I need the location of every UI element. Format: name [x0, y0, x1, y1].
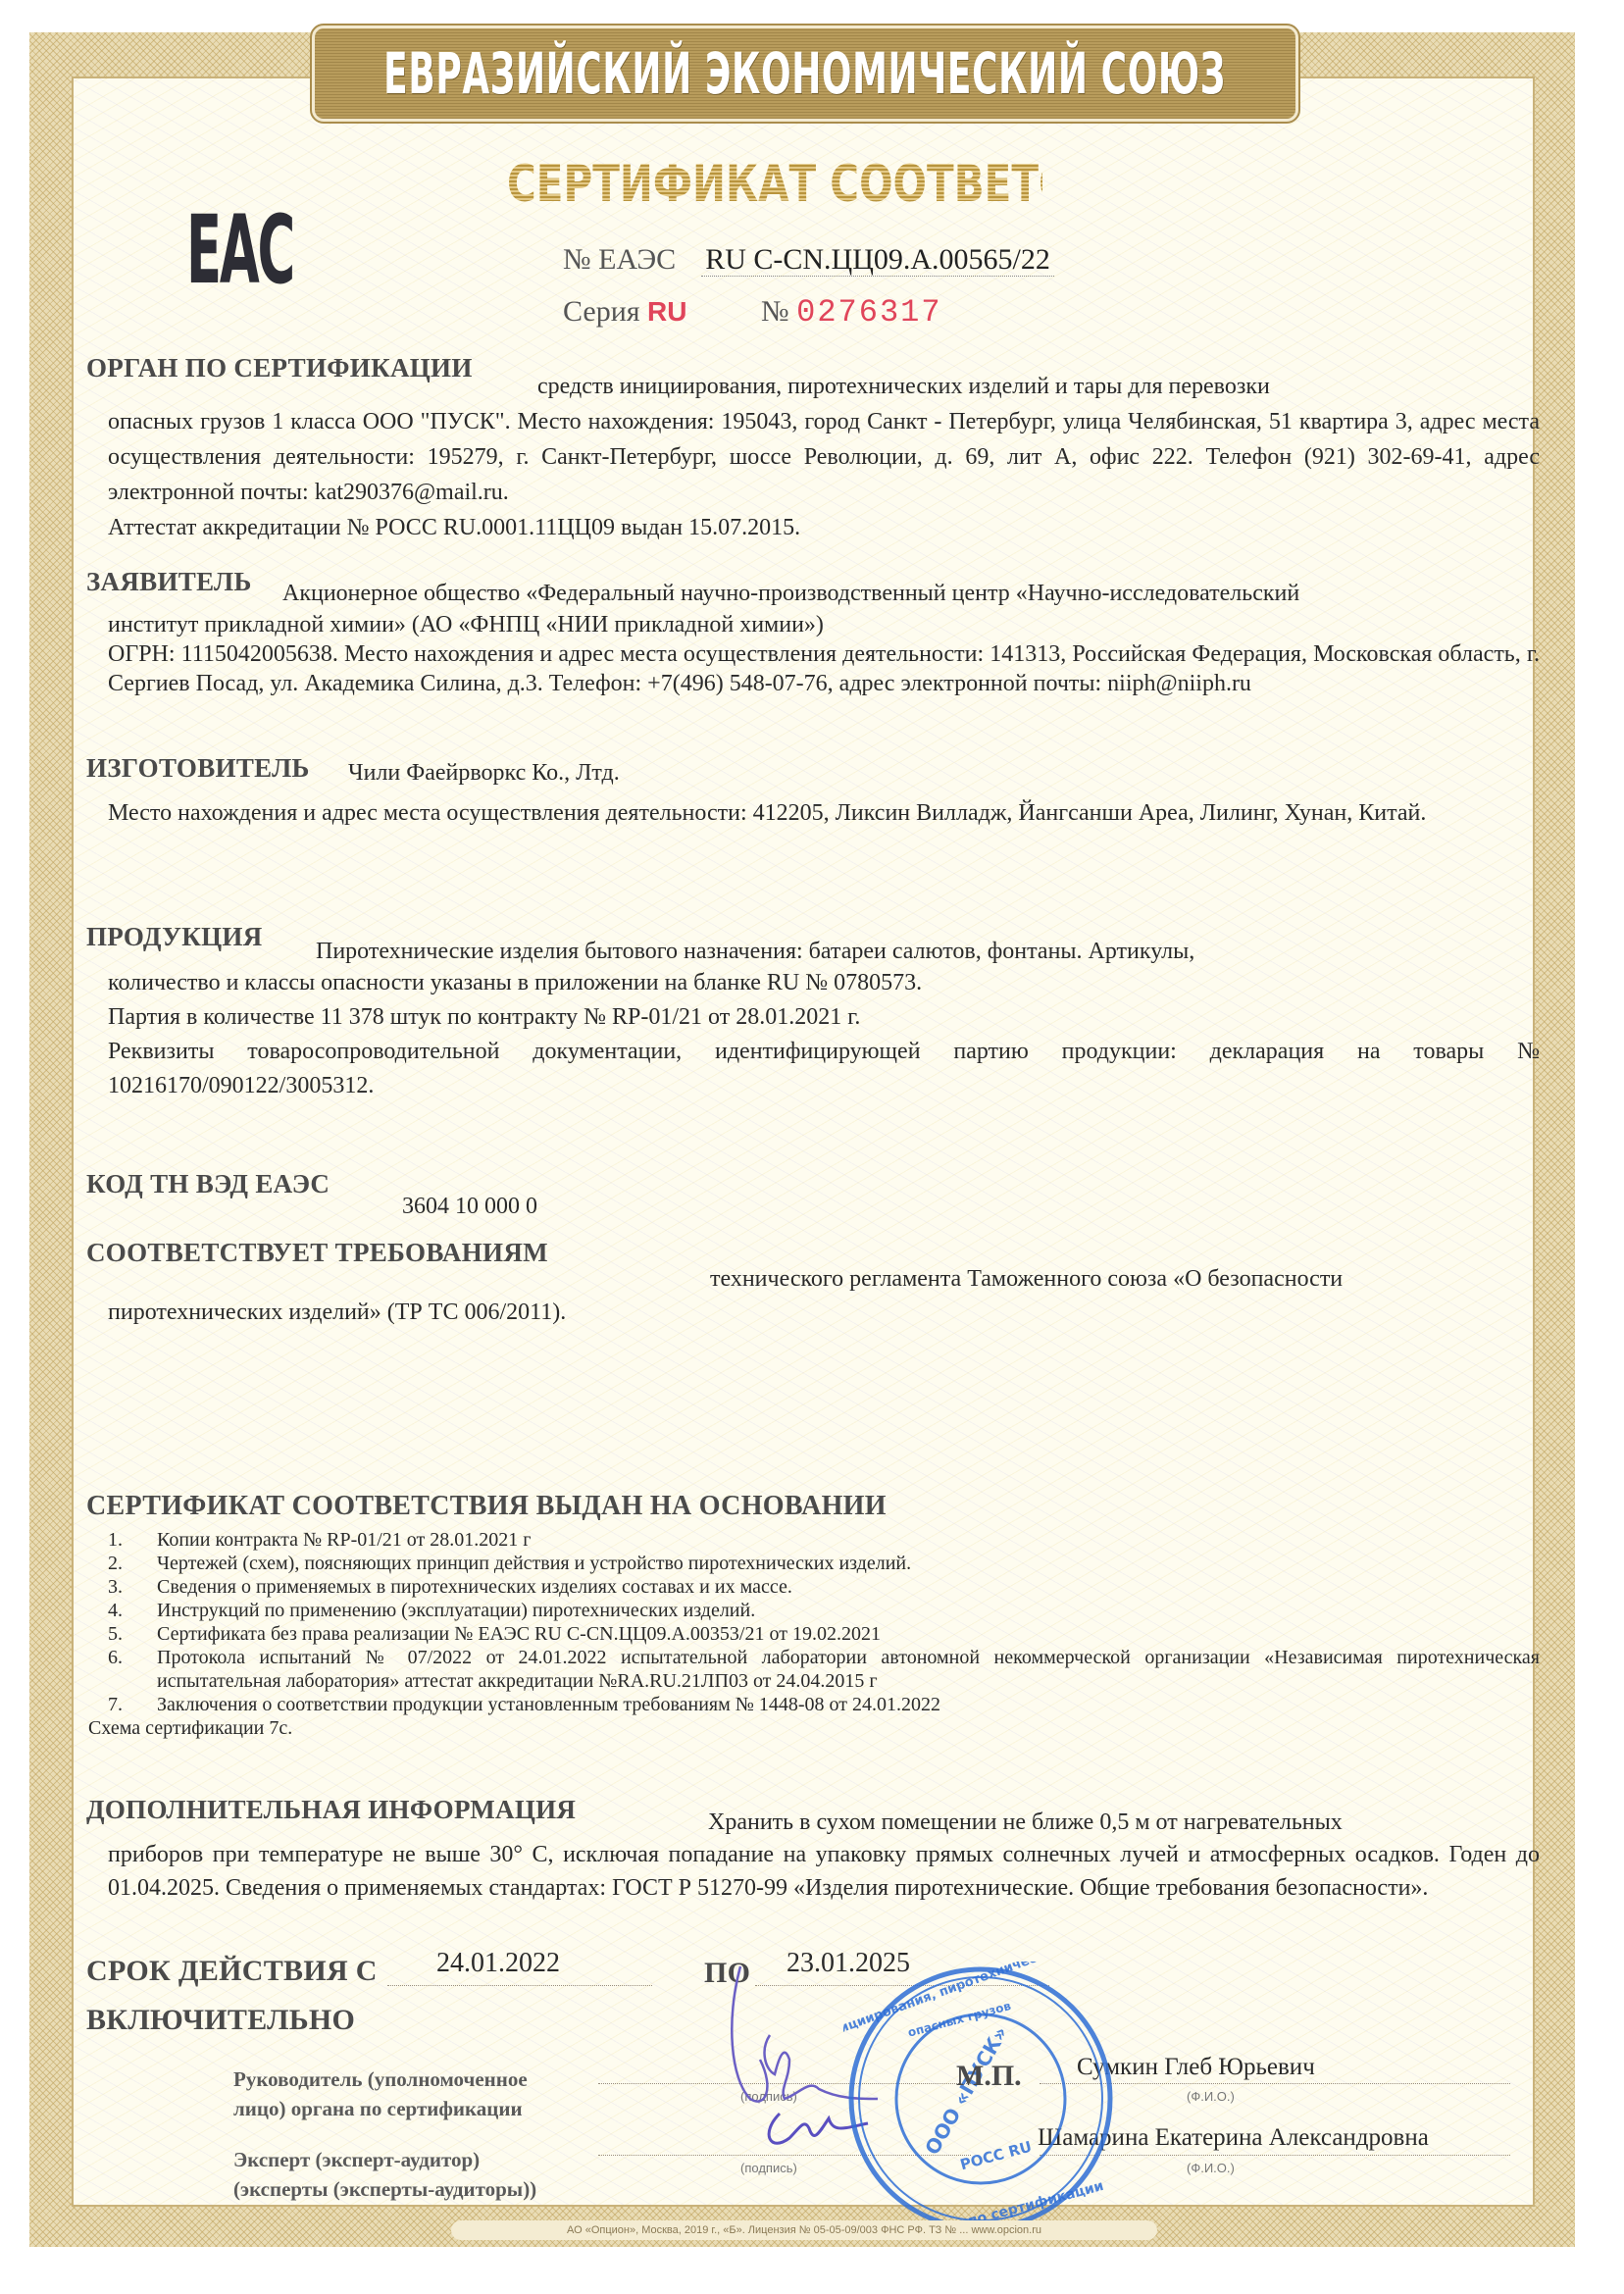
blank-no-label: №	[761, 295, 789, 328]
compliance-heading: СООТВЕТСТВУЕТ ТРЕБОВАНИЯМ	[86, 1238, 548, 1268]
basis-item: 1.Копии контракта № RP-01/21 от 28.01.20…	[108, 1528, 1540, 1552]
registration-label: № ЕАЭС	[563, 243, 676, 276]
certification-body-first-line: средств инициирования, пиротехнических и…	[537, 369, 1540, 404]
blank-number: 0276317	[796, 294, 941, 331]
head-signature-line	[598, 2083, 971, 2084]
product-batch: Партия в количестве 11 378 штук по контр…	[108, 1000, 1540, 1035]
expert-name-line	[1040, 2155, 1510, 2156]
basis-item: 2.Чертежей (схем), поясняющих принцип де…	[108, 1552, 1540, 1575]
basis-item: 7.Заключения о соответствии продукции ус…	[108, 1693, 1540, 1716]
registration-number-line: № ЕАЭСRU C-CN.ЦЦ09.А.00565/22	[563, 243, 1054, 277]
series-value: RU	[647, 296, 686, 327]
seal-label: М.П.	[956, 2060, 1022, 2093]
expert-name-caption: (Ф.И.О.)	[1187, 2161, 1235, 2175]
product-documents: Реквизиты товаросопроводительной докумен…	[108, 1035, 1540, 1103]
certification-body-accreditation: Аттестат аккредитации № РОСС RU.0001.11Ц…	[108, 510, 1540, 545]
applicant-short-name: институт прикладной химии» (АО «ФНПЦ «НИ…	[108, 610, 1540, 639]
validity-from-label: СРОК ДЕЙСТВИЯ С	[86, 1955, 378, 1988]
eac-mark-icon: ЕАС	[186, 201, 246, 299]
applicant-text: институт прикладной химии» (АО «ФНПЦ «НИ…	[108, 610, 1540, 698]
applicant-first-line: Акционерное общество «Федеральный научно…	[282, 579, 1540, 608]
hs-code-heading: КОД ТН ВЭД ЕАЭС	[86, 1169, 330, 1199]
basis-list: 1.Копии контракта № RP-01/21 от 28.01.20…	[108, 1528, 1540, 1740]
head-label: Руководитель (уполномоченное лицо) орган…	[233, 2065, 528, 2123]
basis-item: 4.Инструкций по применению (эксплуатации…	[108, 1599, 1540, 1622]
manufacturer-heading: ИЗГОТОВИТЕЛЬ	[86, 753, 310, 784]
validity-date-from: 24.01.2022	[436, 1948, 560, 1979]
validity-date-to: 23.01.2025	[787, 1948, 910, 1979]
registration-number: RU C-CN.ЦЦ09.А.00565/22	[701, 243, 1054, 277]
hs-code-value: 3604 10 000 0	[402, 1189, 696, 1224]
validity-from-underline	[387, 1985, 652, 1986]
manufacturer-address: Место нахождения и адрес места осуществл…	[108, 794, 1540, 832]
applicant-details: ОГРН: 1115042005638. Место нахождения и …	[108, 639, 1540, 698]
printer-imprint: АО «Опцион», Москва, 2019 г., «Б». Лицен…	[451, 2220, 1157, 2240]
certification-body-text: опасных грузов 1 класса ООО "ПУСК". Мест…	[108, 404, 1540, 545]
manufacturer-name: Чили Фаейрворкс Ко., Лтд.	[348, 755, 1231, 790]
basis-item: 5.Сертификата без права реализации № ЕАЭ…	[108, 1622, 1540, 1646]
validity-to-label: ПО	[704, 1957, 750, 1990]
series-line: Серия RU № 0276317	[563, 294, 942, 331]
certification-body-address: опасных грузов 1 класса ООО "ПУСК". Мест…	[108, 404, 1540, 510]
expert-signature-caption: (подпись)	[740, 2161, 797, 2175]
product-first-line: Пиротехнические изделия бытового назначе…	[316, 934, 1540, 969]
product-heading: ПРОДУКЦИЯ	[86, 922, 263, 952]
compliance-regulation: пиротехнических изделий» (ТР ТС 006/2011…	[108, 1295, 1089, 1330]
basis-heading: СЕРТИФИКАТ СООТВЕТСТВИЯ ВЫДАН НА ОСНОВАН…	[86, 1491, 887, 1522]
applicant-heading: ЗАЯВИТЕЛЬ	[86, 567, 252, 597]
head-signature-caption: (подпись)	[740, 2089, 797, 2104]
basis-item: 6.Протокола испытаний № 07/2022 от 24.01…	[108, 1646, 1540, 1693]
basis-item: 3.Сведения о применяемых в пиротехническ…	[108, 1575, 1540, 1599]
validity-inclusive-label: ВКЛЮЧИТЕЛЬНО	[86, 2004, 355, 2037]
expert-signature-line	[598, 2155, 971, 2156]
head-name-caption: (Ф.И.О.)	[1187, 2089, 1235, 2104]
product-annex: количество и классы опасности указаны в …	[108, 966, 1540, 1000]
product-text: количество и классы опасности указаны в …	[108, 966, 1540, 1103]
compliance-first-line: технического регламента Таможенного союз…	[710, 1261, 1540, 1297]
expert-label: Эксперт (эксперт-аудитор) (эксперты (экс…	[233, 2145, 536, 2204]
document-title: СЕРТИФИКАТ СООТВЕТСТВИЯ	[507, 155, 1042, 214]
certification-body-heading: ОРГАН ПО СЕРТИФИКАЦИИ	[86, 353, 473, 383]
union-title: ЕВРАЗИЙСКИЙ ЭКОНОМИЧЕСКИЙ СОЮЗ	[384, 40, 1227, 107]
certification-scheme: Схема сертификации 7с.	[88, 1716, 1540, 1740]
series-label: Серия	[563, 295, 640, 328]
head-name-line	[1040, 2083, 1510, 2084]
additional-info-text: приборов при температуре не выше 30° С, …	[108, 1838, 1540, 1905]
additional-info-heading: ДОПОЛНИТЕЛЬНАЯ ИНФОРМАЦИЯ	[86, 1795, 576, 1825]
validity-to-underline	[755, 1985, 1049, 1986]
head-name: Сумкин Глеб Юрьевич	[1077, 2054, 1315, 2081]
additional-info-first-line: Хранить в сухом помещении не ближе 0,5 м…	[708, 1805, 1540, 1840]
expert-name: Шамарина Екатерина Александровна	[1038, 2124, 1429, 2152]
union-banner: ЕВРАЗИЙСКИЙ ЭКОНОМИЧЕСКИЙ СОЮЗ	[312, 25, 1298, 122]
